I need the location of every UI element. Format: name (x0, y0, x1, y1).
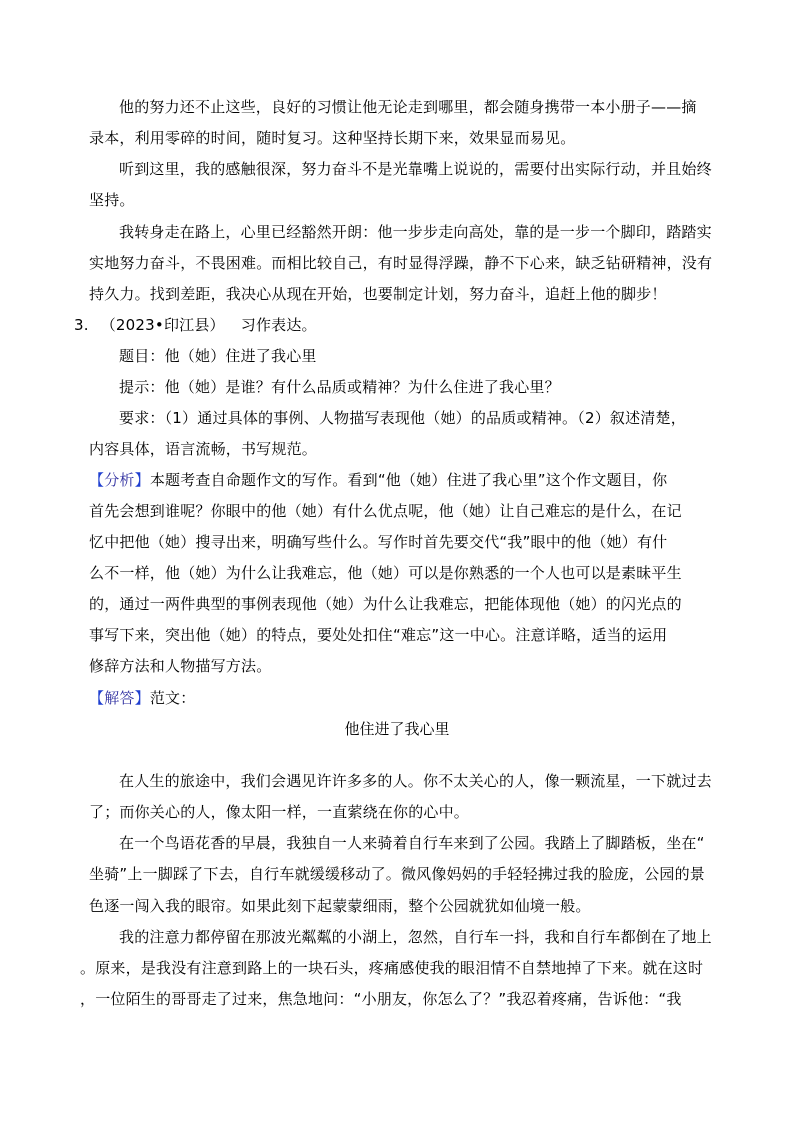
paragraph-line: 听到这里，我的感触很深，努力奋斗不是光靠嘴上说说的，需要付出实际行动，并且始终 (119, 159, 712, 179)
document-page: 他的努力还不止这些，良好的习惯让他无论走到哪里，都会随身携带一本小册子——摘 录… (0, 0, 794, 1123)
analysis-tag: 【分析】 (89, 471, 150, 489)
paragraph-line: 录本，利用零碎的时间，随时复习。这种坚持长期下来，效果显而易见。 (89, 128, 575, 148)
paragraph-line: 持久力。找到差距，我决心从现在开始，也要制定计划，努力奋斗，追赶上他的脚步！ (89, 284, 667, 304)
essay-line: 。原来，是我没有注意到路上的一块石头，疼痛感使我的眼泪情不自禁地掉了下来。就在这… (80, 958, 703, 978)
analysis-line: 首先会想到谁呢？你眼中的他（她）有什么优点呢，他（她）让自己难忘的是什么，在记 (89, 501, 682, 521)
paragraph-line: 我转身走在路上，心里已经豁然开朗：他一步步走向高处，靠的是一步一个脚印，踏踏实 (119, 222, 712, 242)
paragraph-line: 坚持。 (89, 190, 135, 210)
analysis-line: 的，通过一两件典型的事例表现他（她）为什么让我难忘，把能体现他（她）的闪光点的 (89, 594, 682, 614)
essay-line: 坐骑”上一脚踩了下去，自行车就缓缓移动了。微风像妈妈的手轻轻拂过我的脸庞，公园的… (89, 864, 705, 884)
analysis-text: 本题考查自命题作文的写作。看到“他（她）住进了我心里”这个作文题目，你 (150, 471, 668, 489)
answer-line: 【解答】范文： (89, 688, 195, 708)
question-requirement-cont: 内容具体，语言流畅，书写规范。 (89, 439, 317, 459)
question-source: （2023•印江县） (101, 316, 225, 334)
essay-line: 在人生的旅途中，我们会遇见许许多多的人。你不太关心的人，像一颗流星，一下就过去 (119, 771, 712, 791)
essay-line: 色逐一闯入我的眼帘。如果此刻下起蒙蒙细雨，整个公园就犹如仙境一般。 (89, 896, 591, 916)
answer-intro: 范文： (150, 689, 196, 707)
paragraph-line: 他的努力还不止这些，良好的习惯让他无论走到哪里，都会随身携带一本小册子——摘 (119, 97, 697, 117)
paragraph-line: 实地努力奋斗，不畏困难。而相比较自己，有时显得浮躁，静不下心来，缺乏钻研精神，没… (89, 253, 712, 273)
question-requirement: 要求：（1）通过具体的事例、人物描写表现他（她）的品质或精神。（2）叙述清楚， (119, 408, 686, 428)
question-topic: 题目：他（她）住进了我心里 (119, 346, 317, 366)
question-hint: 提示：他（她）是谁？有什么品质或精神？为什么住进了我心里？ (119, 377, 560, 397)
essay-line: 在一个鸟语花香的早晨，我独自一人来骑着自行车来到了公园。我踏上了脚踏板，坐在“ (119, 833, 705, 853)
answer-tag: 【解答】 (89, 689, 150, 707)
question-header: 3.（2023•印江县）习作表达。 (74, 315, 317, 335)
analysis-line: 么不一样，他（她）为什么让我难忘，他（她）可以是你熟悉的一个人也可以是素昧平生 (89, 563, 682, 583)
essay-line: 我的注意力都停留在那波光粼粼的小湖上，忽然，自行车一抖，我和自行车都倒在了地上 (119, 927, 712, 947)
analysis-line: 忆中把他（她）搜寻出来，明确写些什么。写作时首先要交代“我”眼中的他（她）有什 (89, 532, 667, 552)
analysis-line: 【分析】本题考查自命题作文的写作。看到“他（她）住进了我心里”这个作文题目，你 (89, 470, 667, 490)
question-number: 3. (74, 316, 89, 334)
question-type: 习作表达。 (241, 316, 317, 334)
essay-title: 他住进了我心里 (0, 719, 794, 739)
analysis-line: 事写下来，突出他（她）的特点，要处处扣住“难忘”这一中心。注意详略，适当的运用 (89, 625, 667, 645)
essay-line: 了；而你关心的人，像太阳一样，一直萦绕在你的心中。 (89, 802, 469, 822)
essay-line: ，一位陌生的哥哥走了过来，焦急地问：“小朋友，你怎么了？”我忍着疼痛，告诉他：“… (80, 989, 682, 1009)
analysis-line: 修辞方法和人物描写方法。 (89, 656, 271, 676)
